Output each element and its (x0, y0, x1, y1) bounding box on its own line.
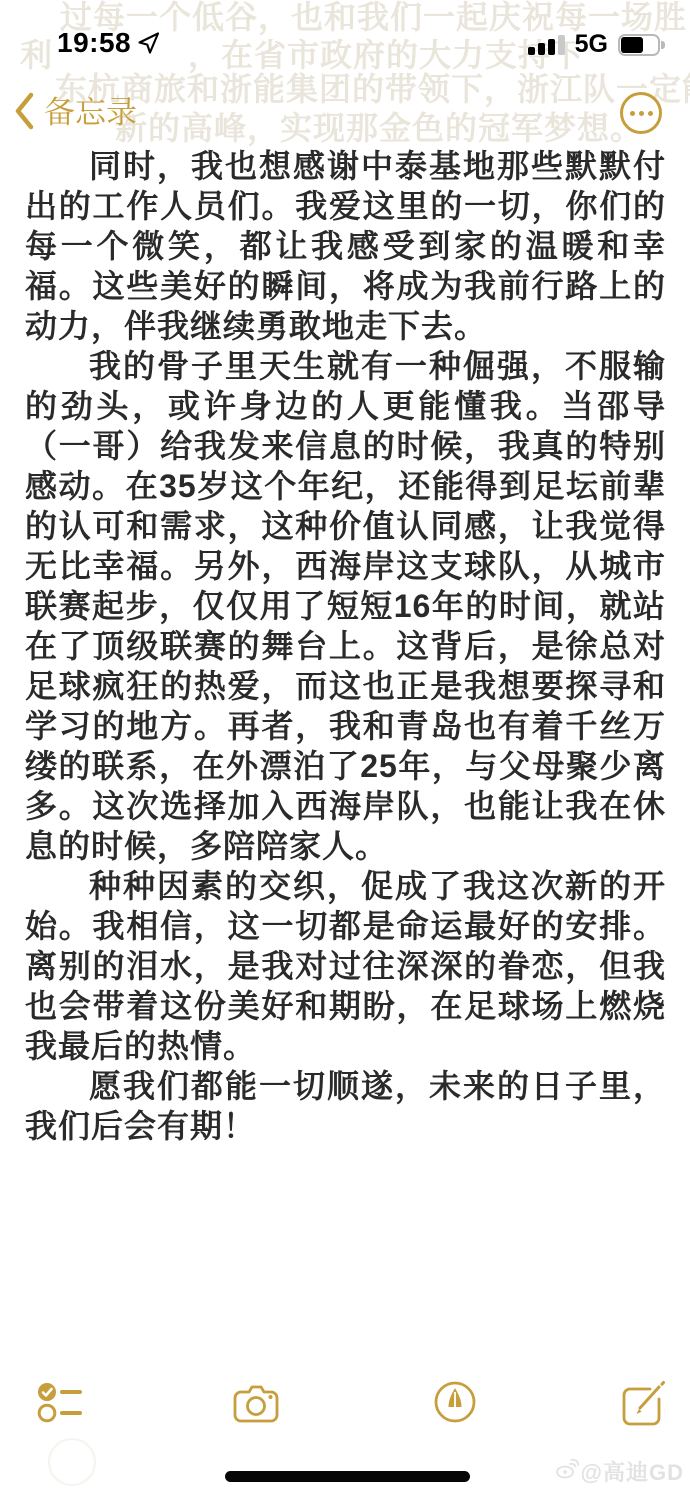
note-paragraph: 我的骨子里天生就有一种倔强，不服输的劲头，或许身边的人更能懂我。当邵导（一哥）给… (25, 346, 666, 866)
network-type-label: 5G (575, 30, 608, 59)
note-paragraph: 种种因素的交织，促成了我这次新的开始。我相信，这一切都是命运最好的安排。离别的泪… (25, 866, 666, 1066)
clock: 19:58 (57, 27, 131, 59)
watermark-text: @高迪GD (581, 1456, 684, 1487)
weibo-watermark: @高迪GD (555, 1456, 684, 1487)
bottom-toolbar (0, 1380, 690, 1430)
weibo-icon (555, 1458, 579, 1486)
checklist-button[interactable] (37, 1382, 83, 1429)
status-bar: 19:58 5G (0, 0, 690, 70)
chevron-left-icon (12, 91, 36, 136)
location-arrow-icon (137, 31, 161, 60)
note-paragraph: 愿我们都能一切顺遂，未来的日子里，我们后会有期！ (25, 1066, 666, 1146)
more-options-button[interactable] (620, 92, 662, 134)
back-button[interactable]: 备忘录 (12, 90, 137, 136)
note-paragraph: 同时，我也想感谢中泰基地那些默默付出的工作人员们。我爱这里的一切，你们的每一个微… (25, 146, 666, 346)
nav-bar: 备忘录 (0, 90, 690, 142)
signal-strength-icon (528, 35, 565, 55)
note-content[interactable]: 同时，我也想感谢中泰基地那些默默付出的工作人员们。我爱这里的一切，你们的每一个微… (25, 146, 666, 1146)
markup-pen-button[interactable] (433, 1380, 477, 1429)
camera-button[interactable] (233, 1383, 279, 1428)
ellipsis-icon (630, 111, 635, 116)
compose-button[interactable] (618, 1380, 666, 1433)
back-button-label: 备忘录 (44, 90, 137, 136)
home-indicator[interactable] (225, 1471, 470, 1482)
ghost-circle-artifact (48, 1438, 96, 1486)
battery-icon (618, 34, 668, 56)
notes-app-screen: 过每一个低谷，也和我们一起庆祝每一场胜 利 ，在省市政府的大力支持下 东杭商旅和… (0, 0, 690, 1493)
